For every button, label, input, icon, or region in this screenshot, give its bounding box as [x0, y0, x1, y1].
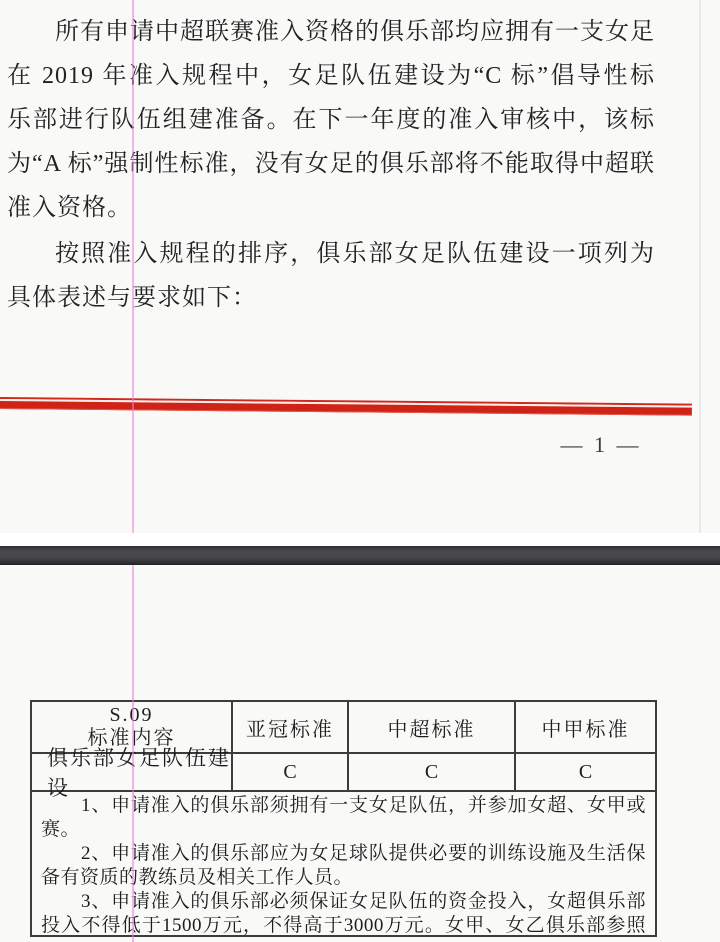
s09-standards-table: S.09 标准内容 亚冠标准 中超标准 中甲标准 俱乐部女足队伍建设 C C — [30, 700, 657, 937]
paragraph-line: 乐部进行队伍组建准备。在下一年度的准入审核中，该标准将升级 — [7, 98, 655, 142]
paragraph-line: 在 2019 年准入规程中，女足队伍建设为“C 标”倡导性标准，俱 — [7, 54, 655, 98]
page-edge-white-strip — [0, 533, 720, 546]
paragraph-women-team-requirement: 所有申请中超联赛准入资格的俱乐部均应拥有一支女足队伍。 在 2019 年准入规程… — [7, 10, 655, 230]
table-csl-value: C — [349, 754, 516, 790]
paragraph-line: 具体表述与要求如下： — [7, 276, 655, 320]
scanner-pink-line — [132, 0, 134, 942]
table-acl-value: C — [233, 754, 349, 790]
table-header-acl-standard: 亚冠标准 — [233, 702, 349, 752]
table-value-text: C — [579, 761, 592, 784]
paragraph-s09-intro: 按照准入规程的排序，俱乐部女足队伍建设一项列为 S.09， 具体表述与要求如下： — [7, 232, 655, 320]
page-number: — 1 — — [531, 432, 671, 458]
table-header-csl-standard: 中超标准 — [349, 702, 516, 752]
paragraph-line: 所有申请中超联赛准入资格的俱乐部均应拥有一支女足队伍。 — [7, 10, 655, 54]
scanned-document-viewer: 所有申请中超联赛准入资格的俱乐部均应拥有一支女足队伍。 在 2019 年准入规程… — [0, 0, 720, 942]
paragraph-line: 为“A 标”强制性标准，没有女足的俱乐部将不能取得中超联赛的 — [7, 142, 655, 186]
table-header-text: 中甲标准 — [542, 713, 630, 742]
table-header-league-one-standard: 中甲标准 — [516, 702, 655, 752]
table-league-one-value: C — [516, 754, 655, 790]
table-header-text: 亚冠标准 — [246, 713, 334, 742]
page-gap-band — [0, 546, 720, 565]
paragraph-line: 按照准入规程的排序，俱乐部女足队伍建设一项列为 S.09， — [7, 232, 655, 276]
table-value-text: C — [283, 761, 296, 784]
table-value-text: C — [425, 761, 438, 784]
paragraph-line: 准入资格。 — [7, 186, 655, 230]
table-values-row: 俱乐部女足队伍建设 C C C — [32, 754, 655, 792]
table-header-text: 中超标准 — [388, 713, 476, 742]
table-row-label-text: 俱乐部女足队伍建设 — [47, 742, 231, 802]
table-requirements-cell: 1、申请准入的俱乐部须拥有一支女足队伍，并参加女超、女甲或女乙联 赛。 2、申请… — [32, 792, 655, 935]
scanner-faint-line — [699, 0, 701, 533]
red-divider-line — [0, 397, 692, 416]
